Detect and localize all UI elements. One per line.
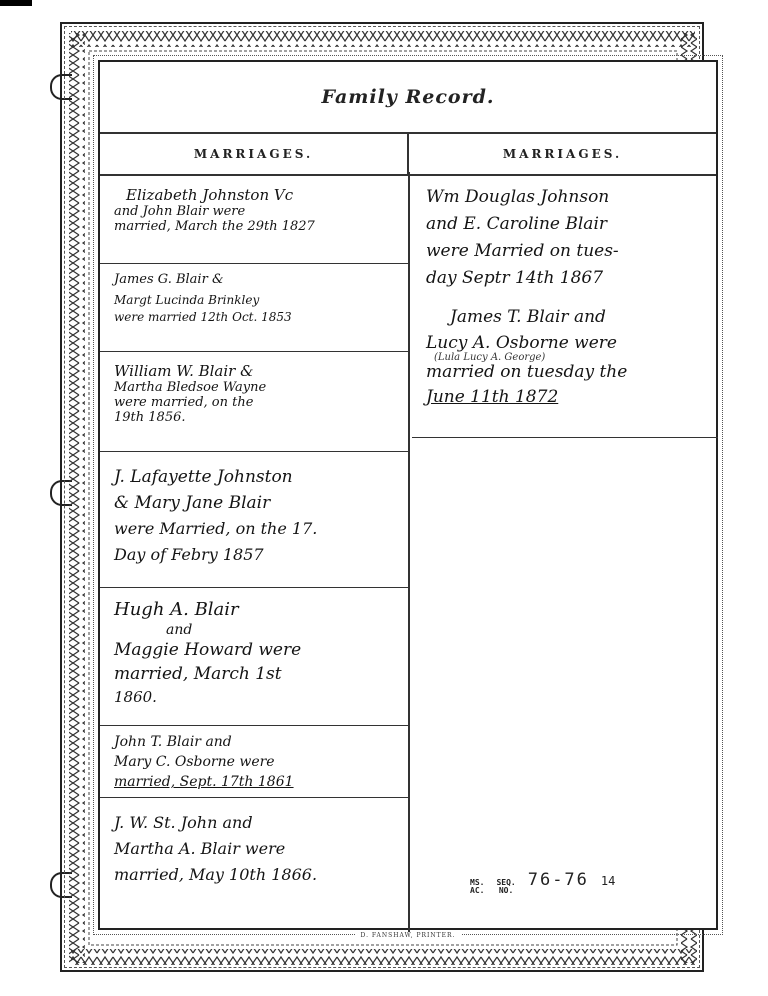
entry-line: and: [166, 622, 398, 638]
marriage-entry: John T. Blair and Mary C. Osborne were m…: [100, 726, 408, 798]
marriage-entry: Elizabeth Johnston Vc and John Blair wer…: [100, 174, 408, 264]
printer-name: D. FANSHAW, PRINTER.: [355, 932, 462, 939]
column-header-row: MARRIAGES. MARRIAGES.: [100, 132, 716, 176]
marriage-entry: J. Lafayette Johnston & Mary Jane Blair …: [100, 452, 408, 588]
marriages-column-right: Wm Douglas Johnson and E. Caroline Blair…: [412, 174, 718, 438]
title-row: Family Record.: [100, 62, 716, 132]
marriage-entry: J. W. St. John and Martha A. Blair were …: [100, 798, 408, 898]
entry-line: James T. Blair and: [450, 304, 708, 331]
entry-line: and E. Caroline Blair: [426, 211, 708, 238]
marriage-entry: James T. Blair and Lucy A. Osborne were …: [412, 304, 718, 438]
entry-line: day Septr 14th 1867: [426, 265, 708, 292]
entry-line: married, May 10th 1866.: [114, 862, 398, 888]
entry-line: Martha A. Blair were: [114, 836, 398, 862]
ac-label: AC.: [470, 887, 484, 895]
entry-line: married on tuesday the: [426, 360, 708, 384]
entry-line: Margt Lucinda Brinkley: [114, 293, 398, 307]
catalog-mark: 14: [601, 874, 615, 888]
page-title: Family Record.: [322, 86, 495, 108]
entry-line: were Married, on the 17.: [114, 516, 398, 542]
seq-no-label: SEQ. NO.: [496, 879, 515, 895]
column-header-right: MARRIAGES.: [409, 134, 716, 174]
entry-line: Hugh A. Blair: [114, 598, 398, 622]
marriage-entry: William W. Blair & Martha Bledsoe Wayne …: [100, 352, 408, 452]
entry-line: 1860.: [114, 686, 398, 708]
entry-line: 19th 1856.: [114, 410, 398, 425]
record-page: Family Record. MARRIAGES. MARRIAGES. Eli…: [98, 60, 718, 930]
entry-line: John T. Blair and: [114, 732, 398, 752]
column-header-left: MARRIAGES.: [100, 134, 409, 174]
entry-line: were Married on tues-: [426, 238, 708, 265]
entry-line: Mary C. Osborne were: [114, 752, 398, 772]
entry-line: Wm Douglas Johnson: [426, 184, 708, 211]
entry-line: Martha Bledsoe Wayne: [114, 380, 398, 395]
entry-line: married, March 1st: [114, 662, 398, 686]
marriages-column-left: Elizabeth Johnston Vc and John Blair wer…: [100, 174, 408, 898]
catalog-stamp: MS. AC. SEQ. NO. 76-76 14: [470, 870, 615, 895]
entry-line: William W. Blair &: [114, 362, 398, 380]
marriage-entry: Hugh A. Blair and Maggie Howard were mar…: [100, 588, 408, 726]
entry-line: Elizabeth Johnston Vc: [126, 186, 398, 204]
entry-line: married, March the 29th 1827: [114, 219, 398, 234]
printer-imprint: D. FANSHAW, PRINTER.: [98, 932, 718, 939]
catalog-number: 76-76: [528, 870, 589, 890]
entry-line: were married, on the: [114, 395, 398, 410]
entry-line: J. Lafayette Johnston: [114, 464, 398, 490]
marriage-entry: James G. Blair & Margt Lucinda Brinkley …: [100, 264, 408, 352]
entry-line: J. W. St. John and: [114, 810, 398, 836]
entry-line: were married 12th Oct. 1853: [114, 310, 398, 324]
entry-line: Day of Febry 1857: [114, 542, 398, 568]
entry-line: Maggie Howard were: [114, 638, 398, 662]
entry-line: June 11th 1872: [426, 384, 708, 410]
scan-edge: [0, 0, 32, 6]
column-divider: [408, 172, 410, 932]
entry-line: married, Sept. 17th 1861: [114, 772, 398, 792]
ms-ac-label: MS. AC.: [470, 879, 484, 895]
marriage-entry: Wm Douglas Johnson and E. Caroline Blair…: [412, 174, 718, 304]
no-label: NO.: [496, 887, 515, 895]
entry-line: and John Blair were: [114, 204, 398, 219]
entry-line: & Mary Jane Blair: [114, 490, 398, 516]
entry-line: James G. Blair &: [114, 272, 398, 287]
